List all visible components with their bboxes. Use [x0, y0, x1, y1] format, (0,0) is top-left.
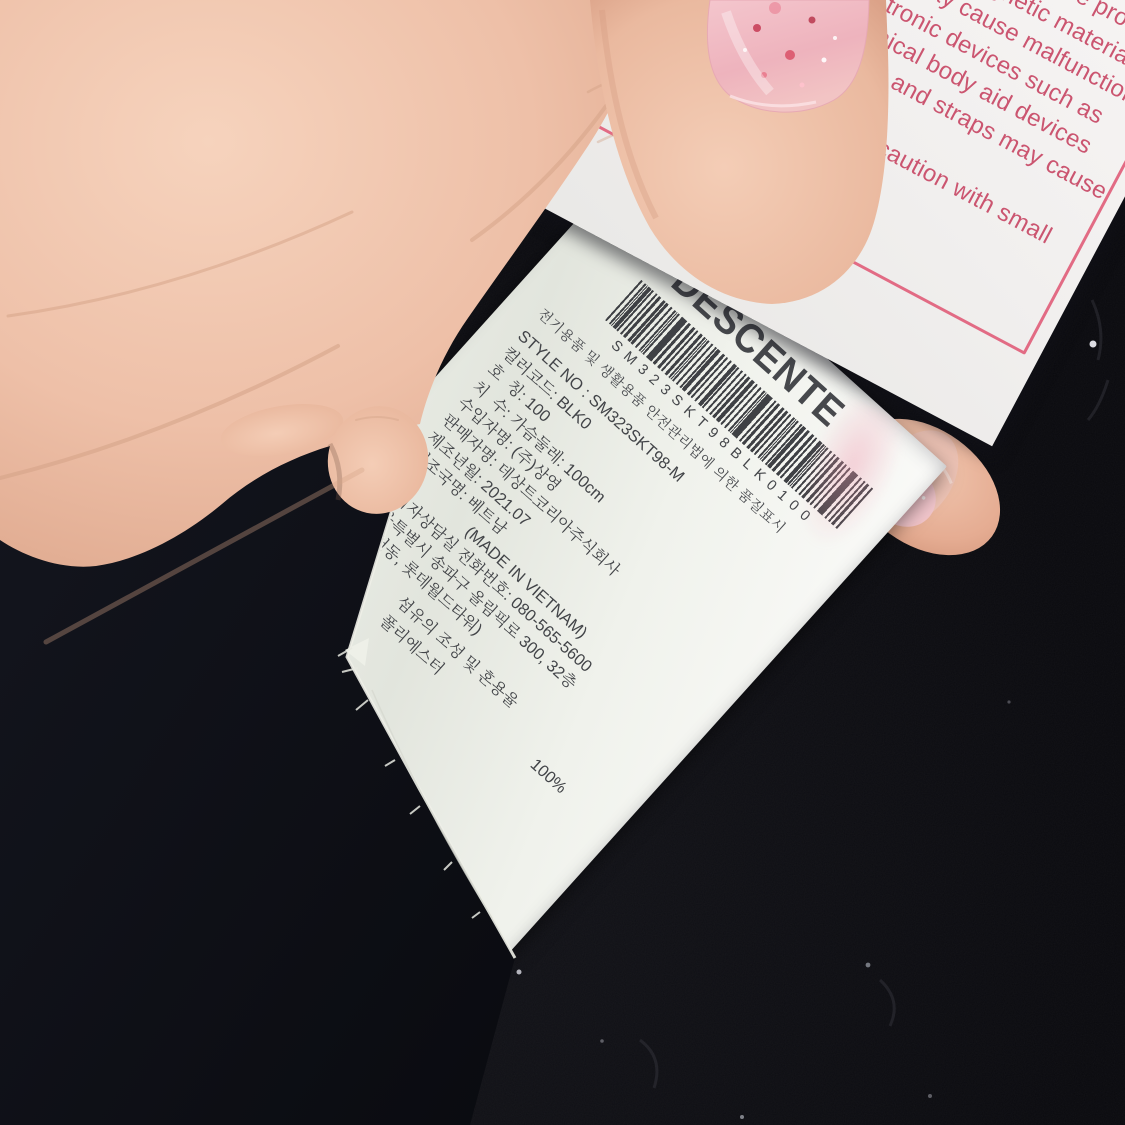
hand-overlay	[0, 0, 1125, 1125]
photo-canvas: DESCENTE SM323SKT98BLK0100 전기용품 및 생활용품 안…	[0, 0, 1125, 1125]
